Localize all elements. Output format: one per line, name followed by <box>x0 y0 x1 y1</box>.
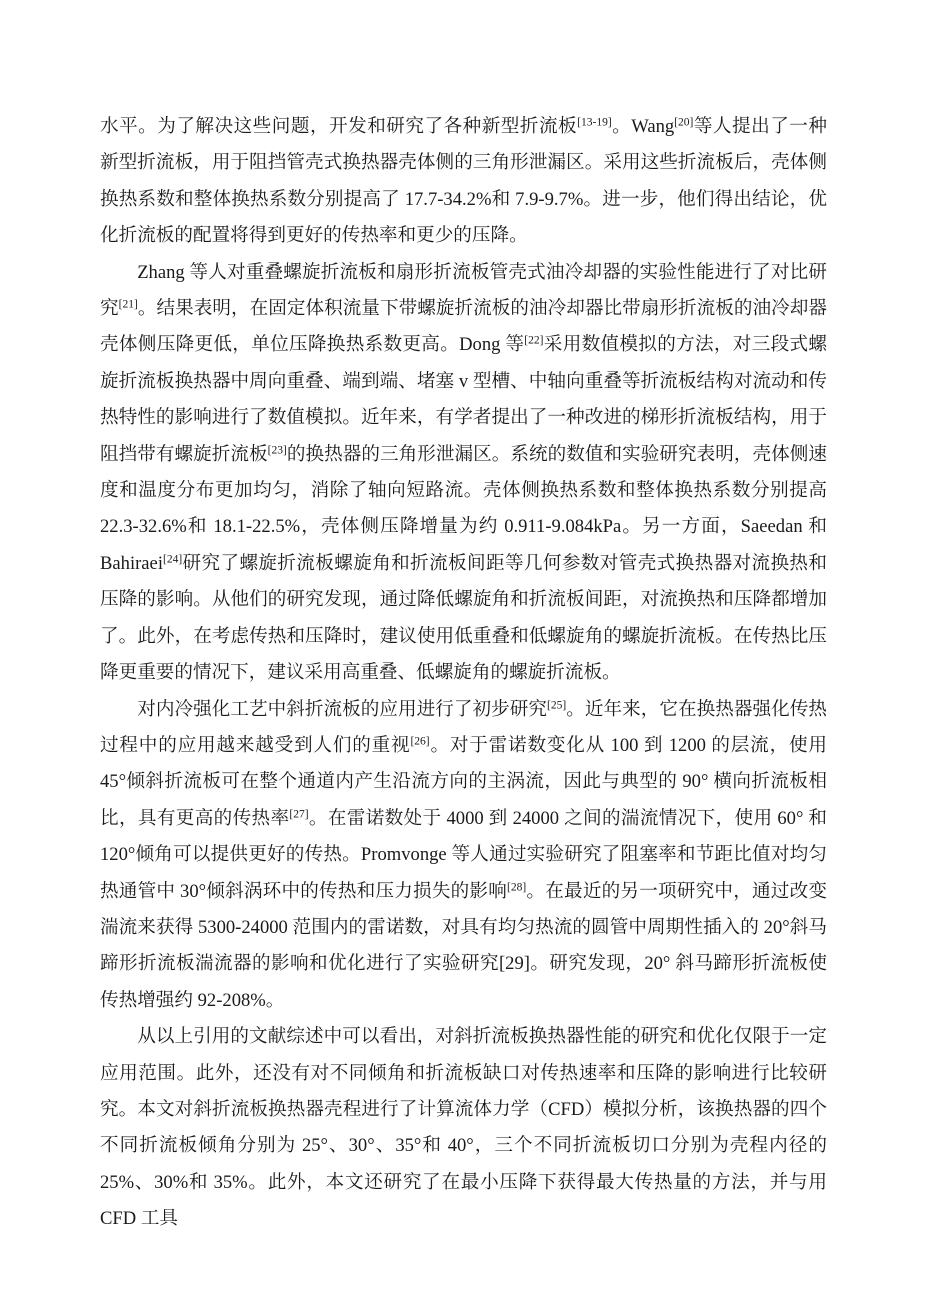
paragraph: 水平。为了解决这些问题，开发和研究了各种新型折流板[13-19]。Wang[20… <box>100 109 827 255</box>
citation-superscript: [23] <box>268 444 287 456</box>
citation-superscript: [20] <box>674 117 693 129</box>
document-body: 水平。为了解决这些问题，开发和研究了各种新型折流板[13-19]。Wang[20… <box>100 109 827 1238</box>
citation-superscript: [24] <box>163 554 182 566</box>
text-run: 从以上引用的文献综述中可以看出，对斜折流板换热器性能的研究和优化仅限于一定应用范… <box>100 1026 827 1229</box>
citation-superscript: [25] <box>547 699 566 711</box>
paragraph: Zhang 等人对重叠螺旋折流板和扇形折流板管壳式油冷却器的实验性能进行了对比研… <box>100 255 827 692</box>
text-run: 。Wang <box>612 116 674 137</box>
citation-superscript: [21] <box>119 299 138 311</box>
citation-superscript: [26] <box>410 736 429 748</box>
citation-superscript: [22] <box>524 335 543 347</box>
paragraph: 从以上引用的文献综述中可以看出，对斜折流板换热器性能的研究和优化仅限于一定应用范… <box>100 1019 827 1237</box>
text-run: 水平。为了解决这些问题，开发和研究了各种新型折流板 <box>100 116 577 137</box>
text-run: 研究了螺旋折流板螺旋角和折流板间距等几何参数对管壳式换热器对流换热和压降的影响。… <box>100 553 827 683</box>
citation-superscript: [28] <box>507 881 526 893</box>
citation-superscript: [27] <box>289 808 308 820</box>
text-run: 对内冷强化工艺中斜折流板的应用进行了初步研究 <box>137 699 547 720</box>
paragraph: 对内冷强化工艺中斜折流板的应用进行了初步研究[25]。近年来，它在换热器强化传热… <box>100 692 827 1020</box>
citation-superscript: [13-19] <box>577 117 612 129</box>
document-page: 水平。为了解决这些问题，开发和研究了各种新型折流板[13-19]。Wang[20… <box>0 0 926 1309</box>
